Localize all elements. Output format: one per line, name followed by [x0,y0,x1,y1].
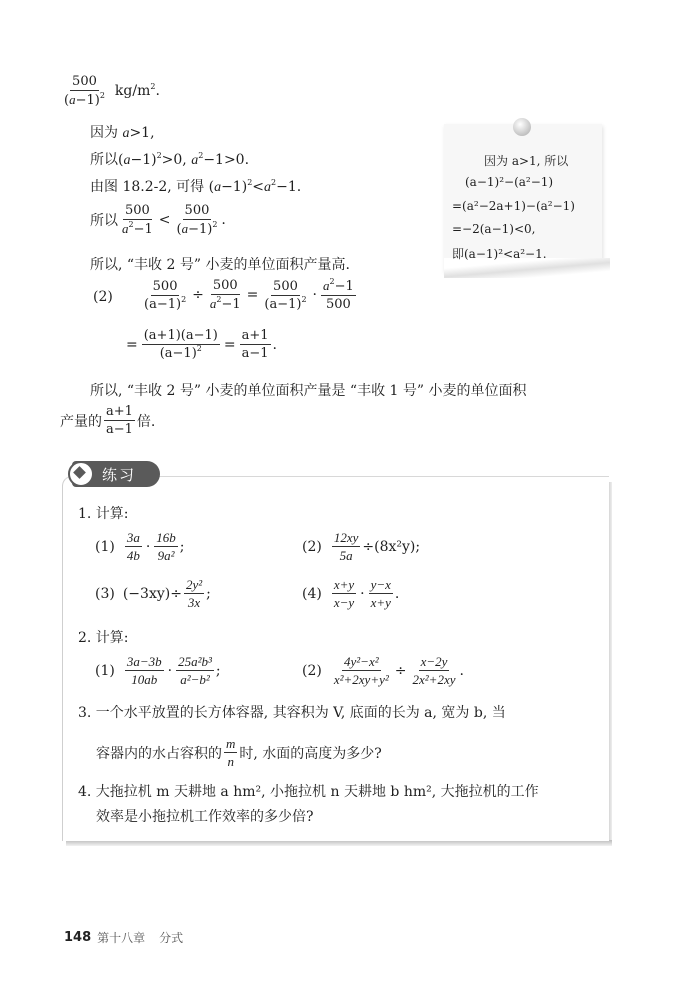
question-2-label: 2. 计算: [78,627,129,647]
fraction: 500 (a−1)2 [62,74,107,108]
conclusion-line-2: 产量的 a+1a−1 倍. [60,404,155,437]
part-2-line-2: = (a+1)(a−1)(a−1)2 = a+1a−1 . [124,328,277,361]
exercise-icon [68,461,94,487]
side-note-line-4: =−2(a−1)<0, [452,222,535,236]
chapter-title: 第十八章 [97,929,145,946]
fraction: 500 (a−1)2 [175,203,220,237]
side-note-line-3: =(a²−2a+1)−(a²−1) [452,199,575,213]
solution-line-3: 由图 18.2-2, 可得 (a−1)2<a2−1. [90,176,301,196]
q1-item-4: (4) x+yx−y · y−xx+y . [302,577,399,610]
fraction: 500 a2−1 [120,203,155,237]
conclusion-line-1: 所以, “丰收 2 号” 小麦的单位面积产量是 “丰收 1 号” 小麦的单位面积 [90,380,527,400]
exercise-tag-label: 练习 [102,464,136,485]
question-3-line-1: 3. 一个水平放置的长方体容器, 其容积为 V, 底面的长为 a, 宽为 b, … [78,702,506,722]
q2-item-1: (1) 3a−3b10ab · 25a²b³a²−b² ; [95,654,221,687]
question-3-line-2: 容器内的水占容积的 mn 时, 水面的高度为多少? [96,736,382,769]
solution-line-4: 所以 500 a2−1 < 500 (a−1)2 . [90,203,226,237]
question-1-label: 1. 计算: [78,503,129,523]
solution-line-5: 所以, “丰收 2 号” 小麦的单位面积产量高. [90,254,350,274]
q2-item-2: (2) 4y²−x²x²+2xy+y² ÷ x−2y2x²+2xy . [302,654,464,687]
q1-item-2: (2) 12xy5a ÷(8x²y); [302,530,420,563]
solution-line-2: 所以(a−1)2>0, a2−1>0. [90,149,249,169]
page-footer: 148 第十八章 分式 [64,929,183,946]
exercise-tag: 练习 [72,461,160,487]
part-2-label: (2) [93,289,113,305]
side-note-line-2: (a−1)²−(a²−1) [465,175,553,189]
question-4-line-2: 效率是小拖拉机工作效率的多少倍? [96,806,314,826]
page-number: 148 [64,930,91,945]
solution-line-1: 因为 a>1, [90,122,155,142]
side-note-line-1: 因为 a>1, 所以 [484,152,568,169]
question-4-line-1: 4. 大拖拉机 m 天耕地 a hm², 小拖拉机 n 天耕地 b hm², 大… [78,781,539,801]
section-title: 分式 [159,929,183,946]
pushpin-icon [513,118,531,136]
part-2-line-1: 500(a−1)2 ÷ 500a2−1 = 500(a−1)2 · a2−150… [140,278,358,312]
q1-item-1: (1) 3a4b · 16b9a² ; [95,530,185,563]
side-note-line-5: 即(a−1)²<a²−1. [452,245,547,262]
solution-line-0: 500 (a−1)2 kg/m2. [60,74,160,108]
q1-item-3: (3) (−3xy)÷ 2y²3x ; [95,577,211,610]
